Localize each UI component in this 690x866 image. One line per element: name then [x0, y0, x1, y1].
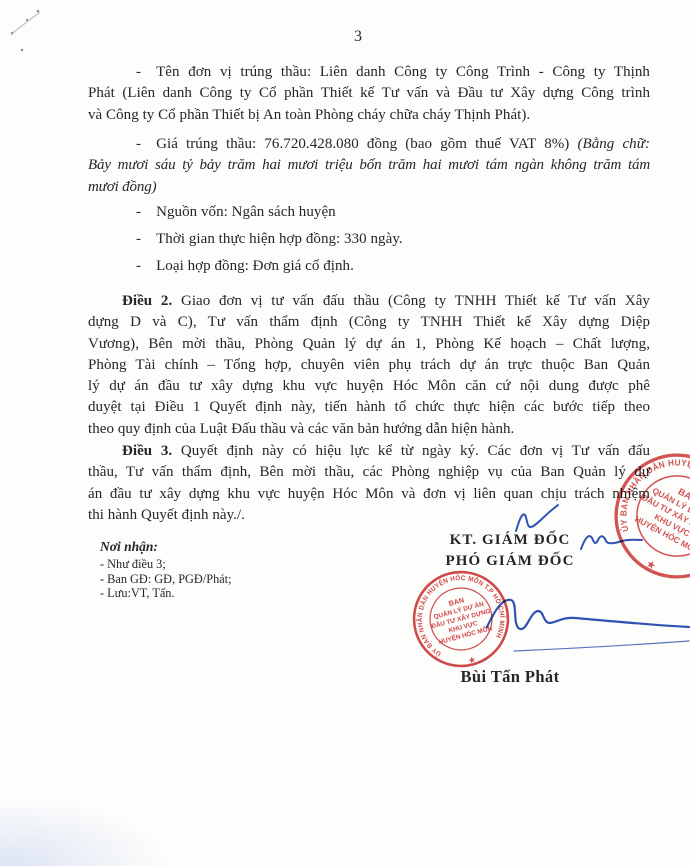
- text-line: lý dự án đầu tư xây dựng khu vực huyện H…: [88, 376, 650, 397]
- article-2-label: Điều 2.: [122, 293, 172, 309]
- article-2-paragraph: Điều 2. Giao đơn vị tư vấn đấu thầu (Côn…: [88, 291, 650, 440]
- text-line: Bảy mươi sáu tỷ bảy trăm hai mươi triệu …: [88, 155, 650, 176]
- signature-ink: [455, 495, 690, 665]
- text-line: Phòng Tài chính – Tổng hợp, chuyên viên …: [88, 355, 650, 376]
- bid-price-paragraph: - Giá trúng thầu: 76.720.428.080 đồng (b…: [88, 134, 650, 198]
- winning-bidder-paragraph: - Tên đơn vị trúng thầu: Liên danh Công …: [88, 62, 650, 126]
- price-in-words-label: (Bằng chữ:: [577, 136, 650, 152]
- paraph-mark: [516, 505, 558, 531]
- recipients-block: Nơi nhận: - Như điều 3; - Ban GĐ: GĐ, PG…: [100, 539, 320, 601]
- signature-underline: [514, 641, 689, 651]
- initial-mark: [581, 536, 642, 549]
- signature-stroke: [487, 600, 689, 629]
- text-line: mươi đồng): [88, 177, 650, 198]
- funding-source-line: - Nguồn vốn: Ngân sách huyện: [88, 202, 650, 223]
- text-line: Vương), Bên mời thầu, Phòng Quản lý dự á…: [88, 334, 650, 355]
- staple-mark: [4, 4, 54, 60]
- text-line: Điều 3. Quyết định này có hiệu lực kể từ…: [88, 441, 650, 462]
- price-text: - Giá trúng thầu: 76.720.428.080 đồng (b…: [136, 136, 577, 152]
- contract-type-line: - Loại hợp đồng: Đơn giá cố định.: [88, 256, 650, 277]
- contract-duration-line: - Thời gian thực hiện hợp đồng: 330 ngày…: [88, 229, 650, 250]
- article-3-text: Quyết định này có hiệu lực kể từ ngày ký…: [172, 443, 650, 459]
- recipient-item: - Lưu:VT, Tấn.: [100, 586, 320, 601]
- text-line: dựng D và C), Tư vấn thẩm định (Công ty …: [88, 312, 650, 333]
- article-3-label: Điều 3.: [122, 443, 172, 459]
- scan-corner-tint: [0, 796, 170, 866]
- recipients-title: Nơi nhận:: [100, 539, 320, 555]
- text-line: - Tên đơn vị trúng thầu: Liên danh Công …: [88, 62, 650, 83]
- text-line: thầu, Tư vấn thẩm định, Bên mời thầu, cá…: [88, 462, 650, 483]
- article-2-text: Giao đơn vị tư vấn đấu thầu (Công ty TNH…: [172, 293, 650, 309]
- text-line: Phát (Liên danh Công ty Cổ phần Thiết kế…: [88, 83, 650, 104]
- text-line: duyệt tại Điều 1 Quyết định này, tiến hà…: [88, 397, 650, 418]
- scanned-document-page: 3 - Tên đơn vị trúng thầu: Liên danh Côn…: [0, 0, 690, 866]
- recipient-item: - Như điều 3;: [100, 557, 320, 572]
- text-line: - Giá trúng thầu: 76.720.428.080 đồng (b…: [88, 134, 650, 155]
- text-line: và Công ty Cổ phần Thiết bị An toàn Phòn…: [88, 105, 650, 126]
- text-line: Điều 2. Giao đơn vị tư vấn đấu thầu (Côn…: [88, 291, 650, 312]
- recipient-item: - Ban GĐ: GĐ, PGĐ/Phát;: [100, 572, 320, 587]
- page-number: 3: [88, 28, 628, 46]
- text-line: theo quy định của Luật Đấu thầu và các v…: [88, 419, 650, 440]
